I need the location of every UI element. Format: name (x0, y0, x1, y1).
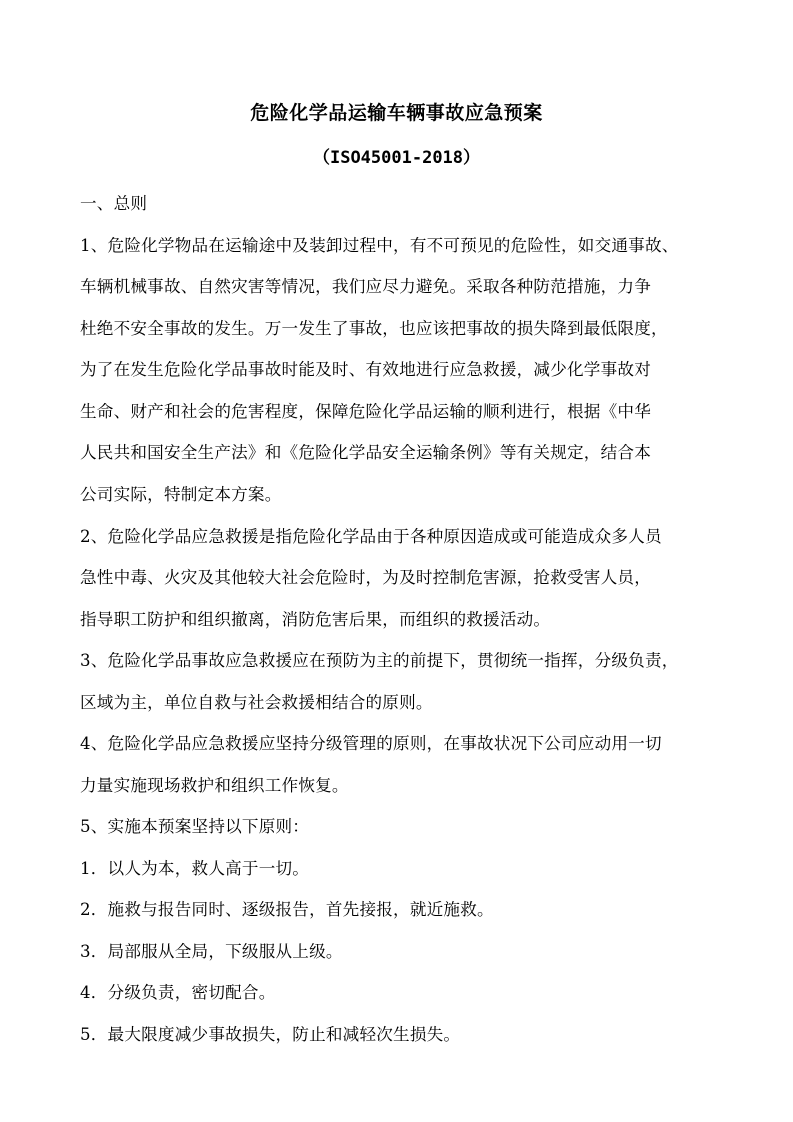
paragraph-line: 5、实施本预案坚持以下原则： (80, 815, 720, 839)
paragraph-line: 力量实施现场救护和组织工作恢复。 (80, 774, 720, 798)
paragraph-line: 3、危险化学品事故应急救援应在预防为主的前提下，贯彻统一指挥，分级负责， (80, 649, 720, 673)
paragraph-line: 区域为主，单位自救与社会救援相结合的原则。 (80, 691, 720, 715)
document-title: 危险化学品运输车辆事故应急预案 (0, 101, 793, 125)
document-page: 危险化学品运输车辆事故应急预案 （ISO45001-2018） 一、总则 1、危… (0, 0, 793, 1122)
principle-item: 1．以人为本，救人高于一切。 (80, 857, 720, 881)
paragraph-line: 2、危险化学品应急救援是指危险化学品由于各种原因造成或可能造成众多人员 (80, 525, 720, 549)
principle-item: 4．分级负责，密切配合。 (80, 981, 720, 1005)
paragraph-line: 为了在发生危险化学品事故时能及时、有效地进行应急救援，减少化学事故对 (80, 358, 720, 382)
paragraph-line: 急性中毒、火灾及其他较大社会危险时，为及时控制危害源，抢救受害人员， (80, 566, 720, 590)
paragraph-line: 4、危险化学品应急救援应坚持分级管理的原则，在事故状况下公司应动用一切 (80, 732, 720, 756)
paragraph-line: 公司实际，特制定本方案。 (80, 483, 720, 507)
principle-item: 2．施救与报告同时、逐级报告，首先接报，就近施救。 (80, 898, 720, 922)
paragraph-line: 杜绝不安全事故的发生。万一发生了事故，也应该把事故的损失降到最低限度， (80, 317, 720, 341)
paragraph-line: 车辆机械事故、自然灾害等情况，我们应尽力避免。采取各种防范措施，力争 (80, 275, 720, 299)
section-heading: 一、总则 (80, 192, 720, 216)
paragraph-line: 1、危险化学物品在运输途中及装卸过程中，有不可预见的危险性，如交通事故、 (80, 234, 720, 258)
paragraph-line: 生命、财产和社会的危害程度，保障危险化学品运输的顺利进行，根据《中华 (80, 400, 720, 424)
paragraph-line: 人民共和国安全生产法》和《危险化学品安全运输条例》等有关规定，结合本 (80, 441, 720, 465)
principle-item: 5．最大限度减少事故损失，防止和减轻次生损失。 (80, 1023, 720, 1047)
document-subtitle: （ISO45001-2018） (0, 146, 793, 170)
paragraph-line: 指导职工防护和组织撤离，消防危害后果，而组织的救援活动。 (80, 608, 720, 632)
principle-item: 3．局部服从全局，下级服从上级。 (80, 940, 720, 964)
